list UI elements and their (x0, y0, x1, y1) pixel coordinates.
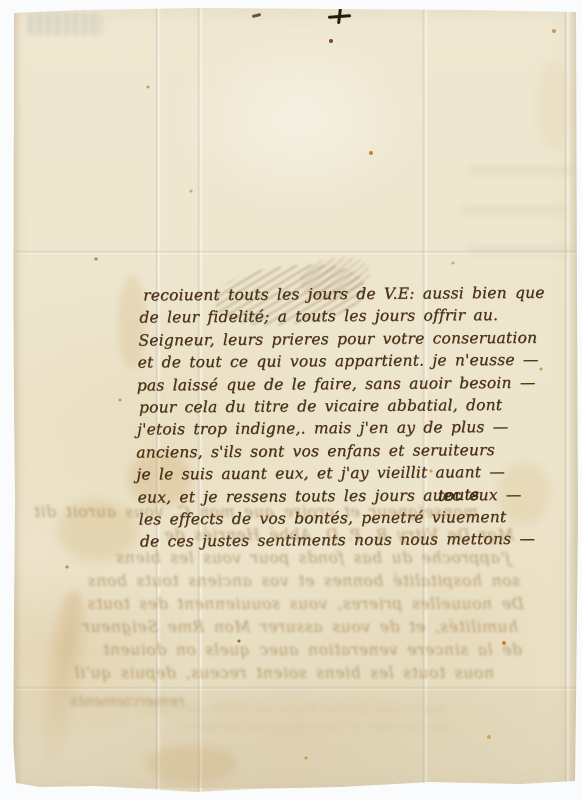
foxing-specks (0, 0, 2, 2)
manuscript-line: Seigneur, leurs prieres pour votre conse… (138, 326, 555, 351)
manuscript-line: je le suis auant eux, et j'ay vieillit a… (136, 461, 556, 486)
left-edge-shading (14, 10, 22, 785)
tan-stain (538, 60, 568, 150)
bleedthrough-line: De nouuelles prieres, vous souuiennent d… (36, 593, 524, 616)
faint-showthrough-streak (468, 166, 572, 175)
bleedthrough-ghost-line: pour nous donner touts ses biens spiritu… (140, 701, 447, 717)
right-edge-shading (570, 12, 578, 782)
manuscript-line: pour cela du titre de vicaire abbatial, … (139, 393, 556, 418)
manuscript-line: et de tout ce qui vous appartient. je n'… (138, 349, 556, 374)
manuscript-line: pas laissé que de le faire, sans auoir b… (137, 371, 556, 396)
bleedthrough-ghost-line: tres humble et tres obeissant seruiteur (175, 719, 453, 735)
scanned-letter-page: recoiuent touts les jours de V.E: aussi … (0, 0, 582, 800)
faint-showthrough-streak (462, 206, 566, 215)
bleedthrough-line: Mgr De Vitry R. P. D. Abbé Henriés de (36, 524, 514, 547)
manuscript-line: recoiuent touts les jours de V.E: aussi … (143, 282, 555, 307)
bleedthrough-line: nous touts les biens soient receus, depu… (36, 662, 494, 685)
tan-stain (145, 745, 237, 783)
bleedthrough-text-block: monseigneur et croire que mon C. vous au… (36, 501, 524, 685)
faint-inventory-mark (28, 13, 102, 35)
manuscript-line: j'etois trop indigne,. mais j'en ay de p… (137, 416, 556, 441)
ink-speck (252, 13, 261, 18)
paper-sheet: recoiuent touts les jours de V.E: aussi … (0, 0, 582, 800)
manuscript-line: anciens, s'ils sont vos enfans et seruit… (136, 438, 556, 463)
bleedthrough-line: j'approche du bas fonds pour vous les bi… (36, 547, 510, 570)
cross-mark-icon (326, 6, 354, 28)
bleedthrough-line: humilités, et de vous assurer Mon Rme Se… (36, 616, 518, 639)
bleedthrough-line: son hospitalité bonnes et vos anciens to… (36, 570, 520, 593)
faint-showthrough-streak (468, 246, 572, 255)
bleedthrough-line: monseigneur et croire que mon C. vous au… (36, 501, 478, 524)
manuscript-line: de leur fidelité; a touts les jours offr… (139, 304, 555, 329)
bleedthrough-line: de la sincere veneration auec quels on d… (36, 639, 522, 662)
